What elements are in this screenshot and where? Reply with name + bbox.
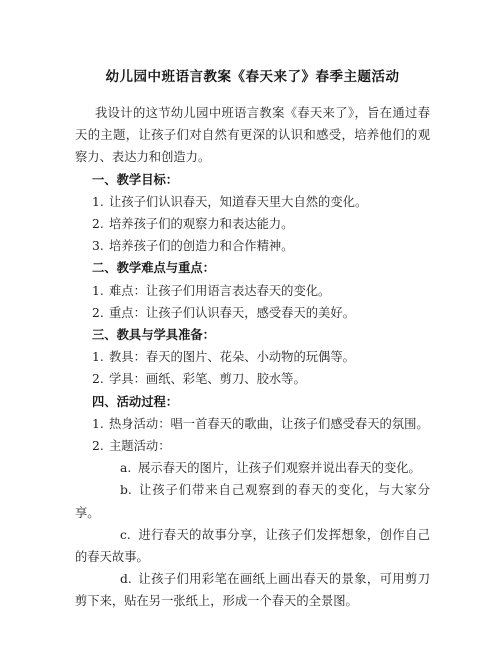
item-text: 培养孩子们的观察力和表达能力。	[109, 217, 293, 231]
item-marker: 2.	[92, 435, 109, 457]
intro-paragraph: 我设计的这节幼儿园中班语言教案《春天来了》，旨在通过春天的主题，让孩子们对自然有…	[75, 102, 430, 169]
sub-list-item: c.进行春天的故事分享，让孩子们发挥想象，创作自己的春天故事。	[75, 524, 430, 568]
item-marker: 1.	[92, 280, 109, 302]
sub-list-item: a.展示春天的图片，让孩子们观察并说出春天的变化。	[75, 457, 430, 479]
item-text: 难点：让孩子们用语言表达春天的变化。	[109, 284, 330, 298]
document-title: 幼儿园中班语言教案《春天来了》春季主题活动	[75, 66, 430, 88]
item-marker: 1.	[92, 346, 109, 368]
list-item: 3.培养孩子们的创造力和合作精神。	[75, 235, 430, 257]
section-heading-difficulties: 二、教学难点与重点：	[75, 257, 430, 279]
list-item: 1.难点：让孩子们用语言表达春天的变化。	[75, 280, 430, 302]
item-text: 主题活动：	[109, 439, 171, 453]
section-heading-materials: 三、教具与学具准备：	[75, 324, 430, 346]
document-page: 幼儿园中班语言教案《春天来了》春季主题活动 我设计的这节幼儿园中班语言教案《春天…	[0, 0, 500, 647]
item-text: 重点：让孩子们认识春天，感受春天的美好。	[109, 306, 355, 320]
item-marker: d.	[120, 568, 138, 590]
list-item: 2.培养孩子们的观察力和表达能力。	[75, 213, 430, 235]
list-item: 1.教具：春天的图片、花朵、小动物的玩偶等。	[75, 346, 430, 368]
item-text: 热身活动：唱一首春天的歌曲，让孩子们感受春天的氛围。	[109, 417, 429, 431]
item-marker: 1.	[92, 413, 109, 435]
item-marker: a.	[120, 457, 138, 479]
section-heading-process: 四、活动过程：	[75, 391, 430, 413]
item-marker: 2.	[92, 302, 109, 324]
item-marker: 2.	[92, 368, 109, 390]
item-text: 展示春天的图片，让孩子们观察并说出春天的变化。	[138, 461, 421, 475]
sub-list-item: b.让孩子们带来自己观察到的春天的变化，与大家分享。	[75, 479, 430, 523]
sub-list-item: d.让孩子们用彩笔在画纸上画出春天的景象，可用剪刀剪下来，贴在另一张纸上，形成一…	[75, 568, 430, 612]
item-marker: 1.	[92, 191, 109, 213]
item-marker: b.	[120, 479, 138, 501]
item-marker: 2.	[92, 213, 109, 235]
item-text: 教具：春天的图片、花朵、小动物的玩偶等。	[109, 350, 355, 364]
item-marker: 3.	[92, 235, 109, 257]
item-marker: c.	[120, 524, 138, 546]
list-item: 1.热身活动：唱一首春天的歌曲，让孩子们感受春天的氛围。	[75, 413, 430, 435]
list-item: 2.学具：画纸、彩笔、剪刀、胶水等。	[75, 368, 430, 390]
item-text: 让孩子们认识春天，知道春天里大自然的变化。	[109, 195, 367, 209]
item-text: 学具：画纸、彩笔、剪刀、胶水等。	[109, 372, 306, 386]
section-heading-objectives: 一、教学目标：	[75, 169, 430, 191]
item-text: 培养孩子们的创造力和合作精神。	[109, 239, 293, 253]
list-item: 1.让孩子们认识春天，知道春天里大自然的变化。	[75, 191, 430, 213]
list-item: 2.重点：让孩子们认识春天，感受春天的美好。	[75, 302, 430, 324]
list-item: 2.主题活动：	[75, 435, 430, 457]
